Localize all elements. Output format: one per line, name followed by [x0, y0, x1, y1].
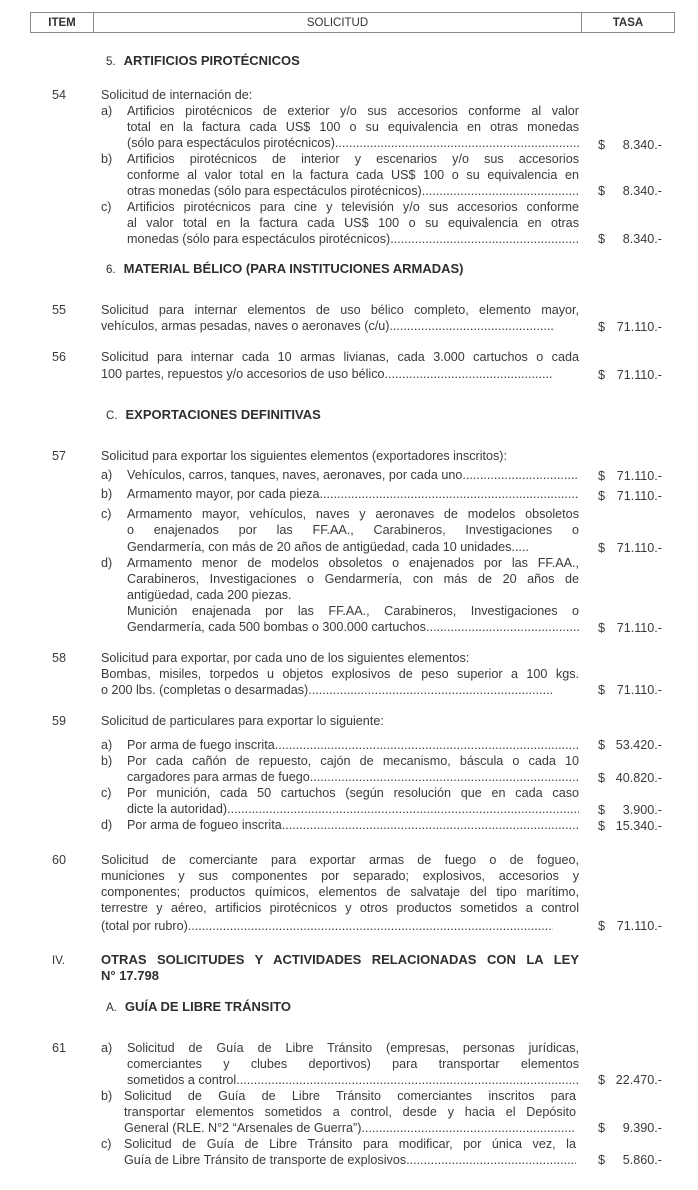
price: $53.420.- — [598, 737, 668, 753]
item-text: Gendarmería, cada 500 bombas o 300.000 c… — [127, 619, 579, 635]
header-item: ITEM — [31, 13, 94, 32]
sub-label: c) — [101, 785, 127, 801]
sub-label: b) — [101, 151, 127, 167]
item-number: 60 — [52, 852, 66, 868]
price: $9.390.- — [598, 1120, 668, 1136]
sub-label: c) — [101, 506, 127, 522]
item-text: Vehículos, carros, tanques, naves, aeron… — [127, 467, 579, 483]
item-intro: Solicitud de particulares para exportar … — [101, 713, 384, 729]
item-text: al valor total en la factura cada US$ 10… — [127, 215, 579, 231]
price: $71.110.- — [598, 367, 668, 383]
item-text: Guía de Libre Tránsito de transporte de … — [124, 1152, 576, 1168]
item-text: conforme al valor total en la factura ca… — [127, 167, 579, 183]
item-text: Solicitud para exportar, por cada uno de… — [101, 650, 469, 666]
table-header: ITEM SOLICITUD TASA — [30, 12, 675, 33]
item-number: 56 — [52, 349, 66, 365]
item-text: Bombas, misiles, torpedos u objetos expl… — [101, 666, 579, 682]
item-number: 61 — [52, 1040, 66, 1056]
item-number: 58 — [52, 650, 66, 666]
item-text: terrestre y aéreo, artificios pirotécnic… — [101, 900, 579, 916]
sub-label: d) — [101, 817, 127, 833]
price: $71.110.- — [598, 918, 668, 934]
item-text: Artificios pirotécnicos de interior y es… — [127, 151, 579, 167]
item-text: Por cada cañón de repuesto, cajón de mec… — [127, 753, 579, 769]
price: $22.470.- — [598, 1072, 668, 1088]
price: $15.340.- — [598, 818, 668, 834]
price: $71.110.- — [598, 319, 668, 335]
section-heading: OTRAS SOLICITUDES Y ACTIVIDADES RELACION… — [101, 952, 579, 968]
sub-label: a) — [101, 1040, 127, 1056]
price: $8.340.- — [598, 183, 668, 199]
price: $71.110.- — [598, 488, 668, 504]
item-text: Solicitud de Guía de Libre Tránsito come… — [124, 1088, 576, 1104]
item-text: Artificios pirotécnicos para cine y tele… — [127, 199, 579, 215]
sub-label: a) — [101, 737, 127, 753]
section-number: IV. — [52, 952, 65, 969]
item-text: total en la factura cada US$ 100 o su eq… — [127, 119, 579, 135]
section-heading: 5.ARTIFICIOS PIROTÉCNICOS — [106, 53, 300, 70]
item-text: componentes; productos químicos, element… — [101, 884, 579, 900]
price: $8.340.- — [598, 137, 668, 153]
item-text: vehículos, armas pesadas, naves o aerona… — [101, 318, 553, 334]
price: $71.110.- — [598, 468, 668, 484]
item-text: Artificios pirotécnicos de exterior y/o … — [127, 103, 579, 119]
item-text: comerciantes y clubes deportivos) para t… — [127, 1056, 579, 1072]
item-text: Solicitud para internar cada 10 armas li… — [101, 349, 579, 365]
item-text: antigüedad, cada 200 piezas. — [127, 587, 292, 603]
sub-label: a) — [101, 103, 127, 119]
item-text: municiones y sus componentes por separad… — [101, 868, 579, 884]
item-text: transportar elementos sometidos a contro… — [124, 1104, 576, 1120]
item-number: 55 — [52, 302, 66, 318]
sub-label: a) — [101, 467, 127, 483]
price: $71.110.- — [598, 682, 668, 698]
item-number: 57 — [52, 448, 66, 464]
sub-label: b) — [101, 753, 127, 769]
item-text: Por munición, cada 50 cartuchos (según r… — [127, 785, 579, 801]
sub-label: b) — [101, 486, 127, 502]
item-text: Solicitud de comerciante para exportar a… — [101, 852, 579, 868]
item-text: Armamento menor de modelos obsoletos o e… — [127, 555, 579, 571]
header-solicitud: SOLICITUD — [94, 13, 582, 32]
item-text: cargadores para armas de fuego — [127, 769, 579, 785]
item-text: 100 partes, repuestos y/o accesorios de … — [101, 366, 553, 382]
price: $71.110.- — [598, 540, 668, 556]
price: $8.340.- — [598, 231, 668, 247]
section-heading: 6.MATERIAL BÉLICO (PARA INSTITUCIONES AR… — [106, 261, 464, 278]
price: $3.900.- — [598, 802, 668, 818]
item-text: Por arma de fogueo inscrita — [127, 817, 579, 833]
price: $5.860.- — [598, 1152, 668, 1168]
item-text: Solicitud de Guía de Libre Tránsito para… — [124, 1136, 576, 1152]
sub-label: d) — [101, 555, 127, 571]
sub-label: c) — [101, 199, 127, 215]
item-text: Armamento mayor, por cada pieza — [127, 486, 579, 502]
item-text: Solicitud para internar elementos de uso… — [101, 302, 579, 318]
item-text: (sólo para espectáculos pirotécnicos) — [127, 135, 579, 151]
item-text: sometidos a control — [127, 1072, 579, 1088]
item-text: o enajenados por las FF.AA., Carabineros… — [127, 522, 579, 538]
item-text: General (RLE. N°2 “Arsenales de Guerra”) — [124, 1120, 576, 1136]
item-number: 59 — [52, 713, 66, 729]
section-heading: C.EXPORTACIONES DEFINITIVAS — [106, 407, 321, 424]
item-text: otras monedas (sólo para espectáculos pi… — [127, 183, 579, 199]
item-number: 54 — [52, 87, 66, 103]
item-text: Armamento mayor, vehículos, naves y aero… — [127, 506, 579, 522]
item-intro: Solicitud de internación de: — [101, 87, 252, 103]
item-text: Gendarmería, con más de 20 años de antig… — [127, 539, 529, 555]
item-intro: Solicitud para exportar los siguientes e… — [101, 448, 507, 464]
item-text: o 200 lbs. (completas o desarmadas) — [101, 682, 553, 698]
section-heading: A.GUÍA DE LIBRE TRÁNSITO — [106, 999, 291, 1016]
section-heading: N° 17.798 — [101, 968, 159, 984]
item-text: monedas (sólo para espectáculos pirotécn… — [127, 231, 579, 247]
item-text: (total por rubro) — [101, 918, 553, 934]
price: $40.820.- — [598, 770, 668, 786]
item-text: Carabineros, Investigaciones o Gendarmer… — [127, 571, 579, 587]
item-text: Por arma de fuego inscrita — [127, 737, 579, 753]
price: $71.110.- — [598, 620, 668, 636]
item-text: Solicitud de Guía de Libre Tránsito (emp… — [127, 1040, 579, 1056]
item-text: dicte la autoridad) — [127, 801, 579, 817]
item-text: Munición enajenada por las FF.AA., Carab… — [127, 603, 579, 619]
header-tasa: TASA — [582, 13, 674, 32]
